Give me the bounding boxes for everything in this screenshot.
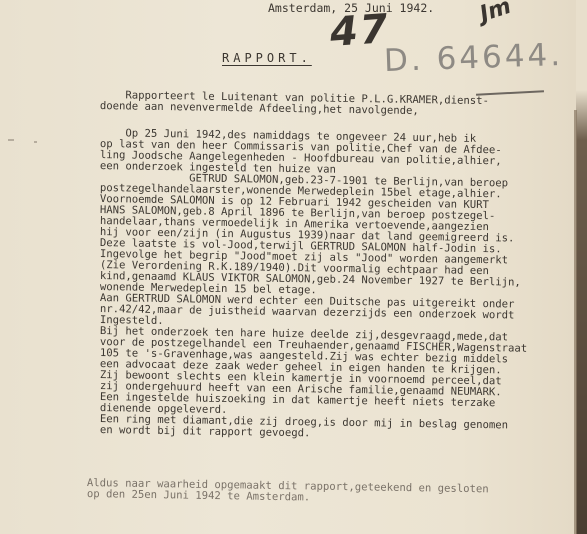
page-edge xyxy=(576,0,587,534)
page-edge-shadow xyxy=(574,110,577,534)
paper-mark xyxy=(8,139,14,141)
report-title: RAPPORT. xyxy=(222,51,312,65)
handwritten-file-reference: D. 64644. xyxy=(383,37,563,79)
paper-mark xyxy=(34,141,37,143)
handwritten-page-number: 47 xyxy=(328,6,391,56)
